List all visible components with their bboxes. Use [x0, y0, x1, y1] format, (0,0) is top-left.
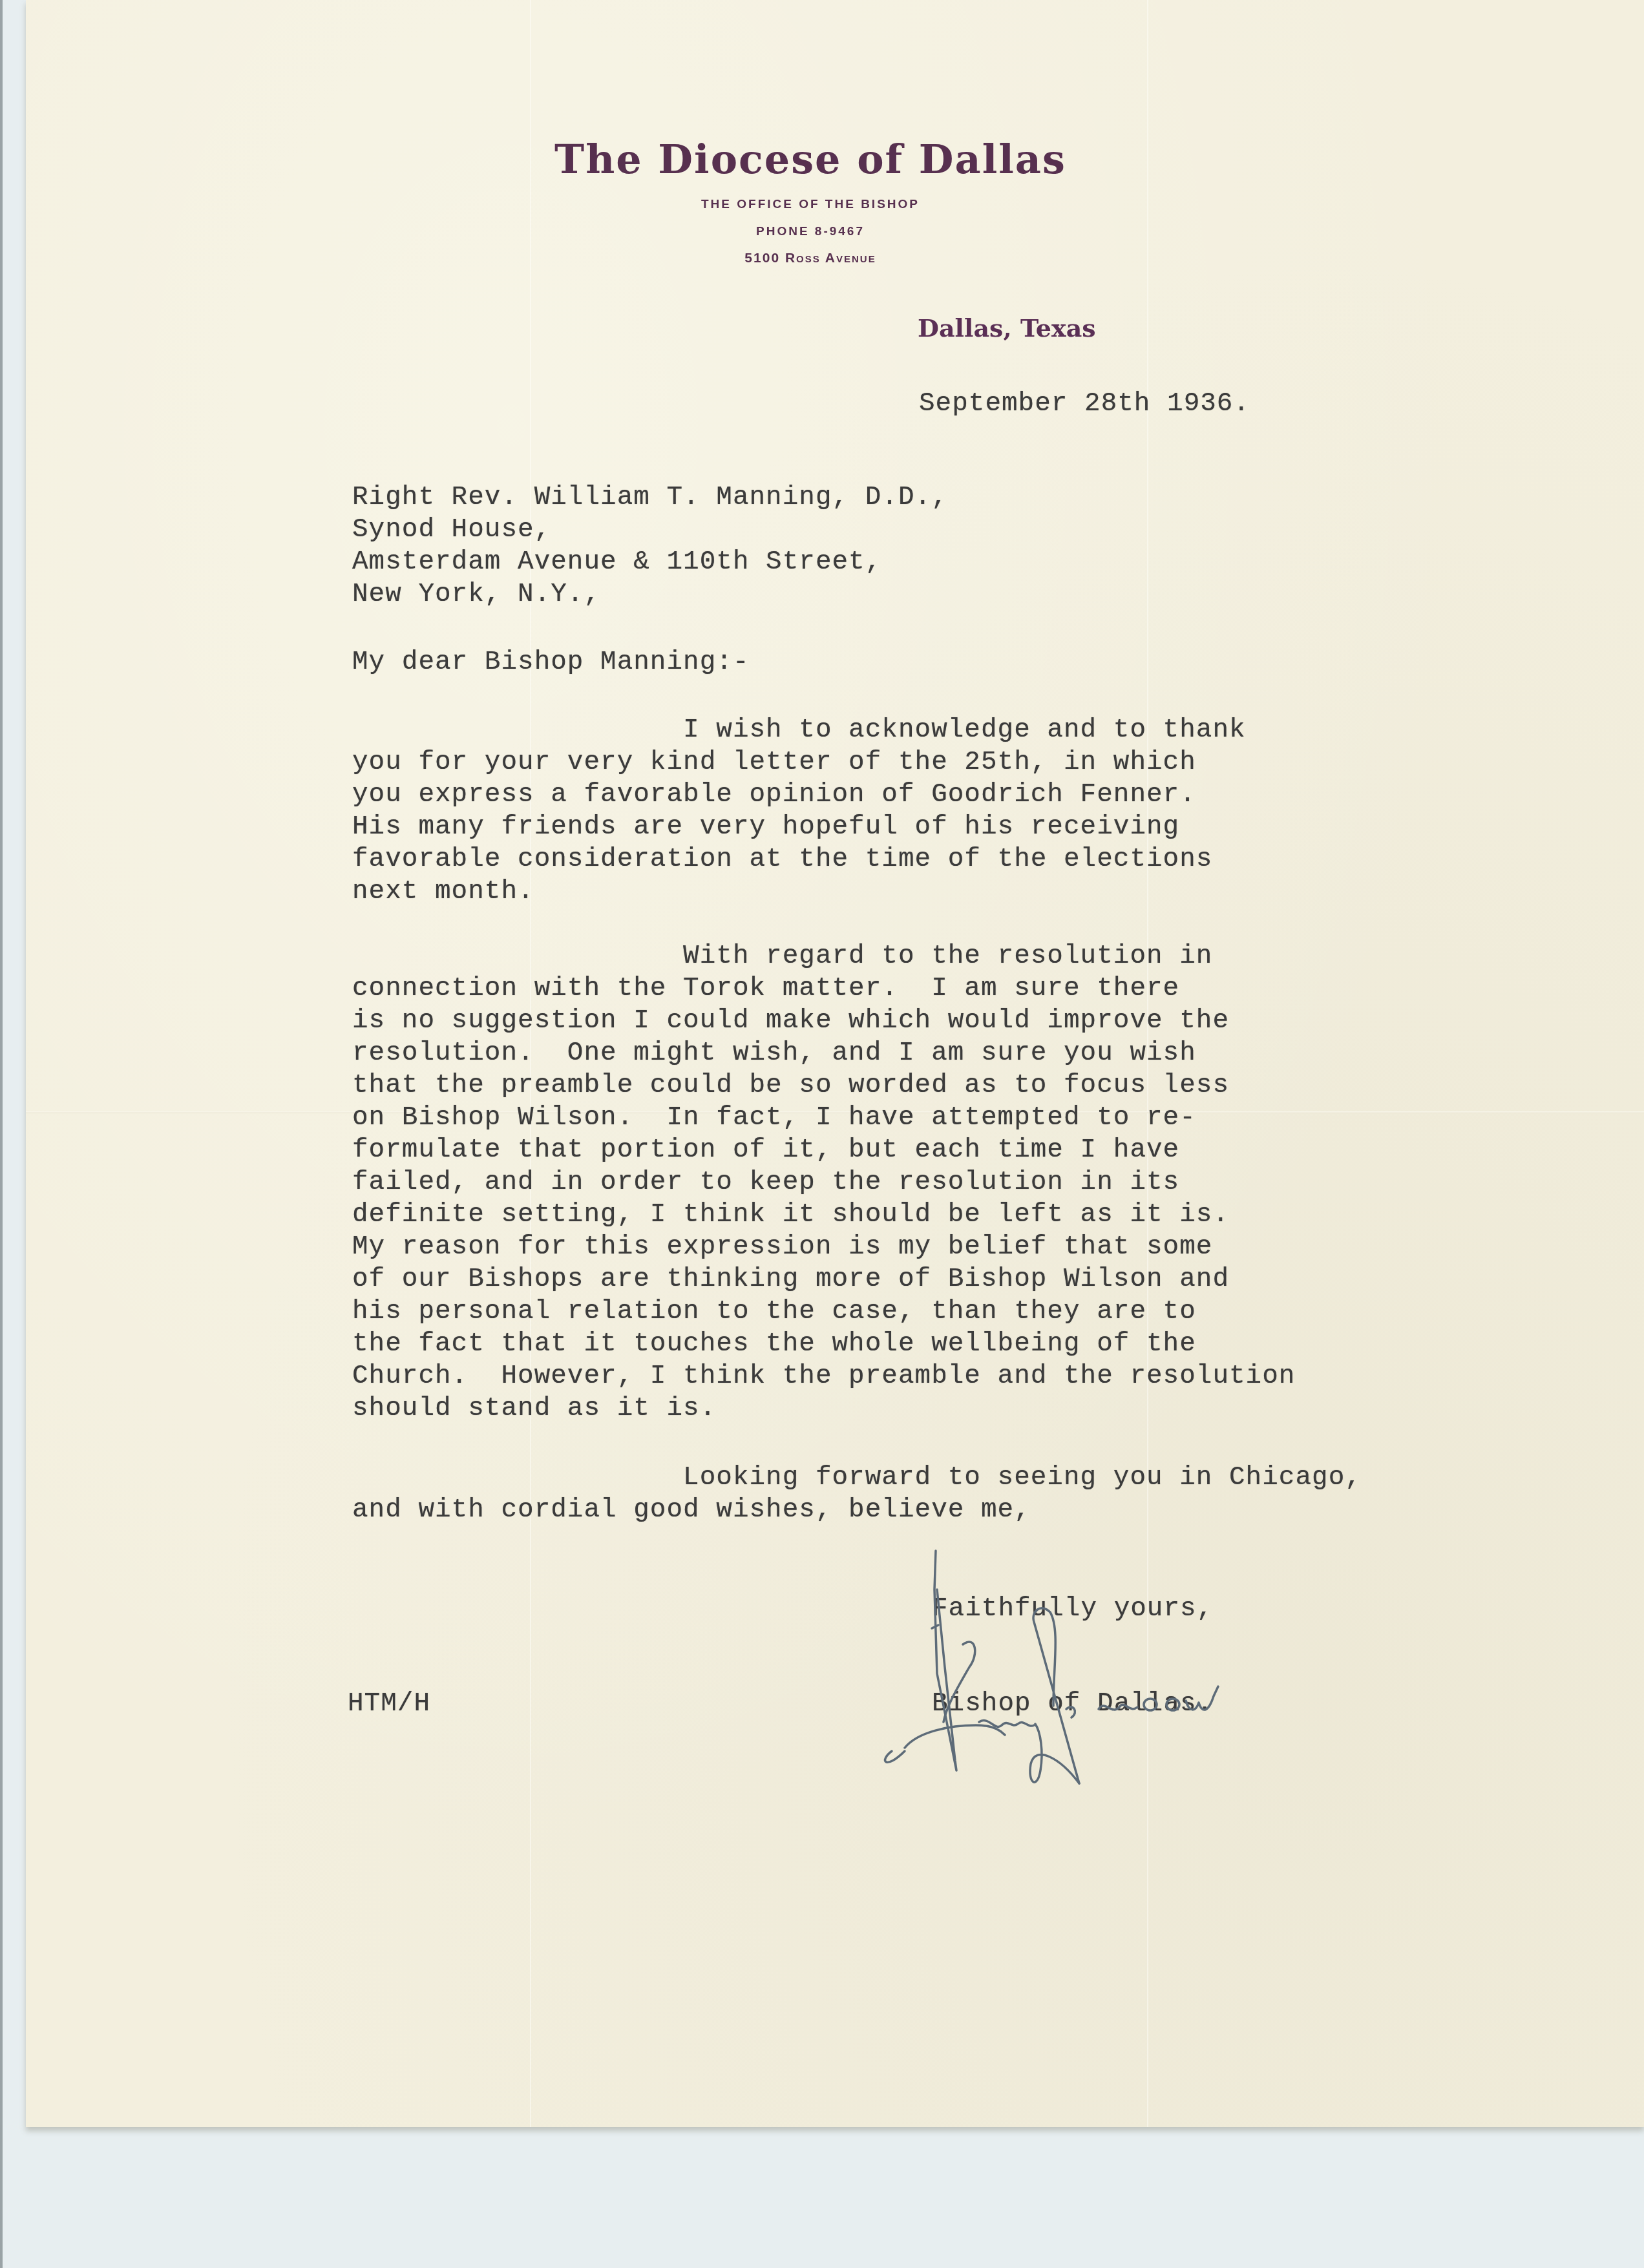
address-line: New York, N.Y.,	[352, 580, 600, 609]
letterhead-office: THE OFFICE OF THE BISHOP	[1, 198, 1619, 212]
text-line: you express a favorable opinion of Goodr…	[352, 780, 1196, 810]
text-line: is no suggestion I could make which woul…	[352, 1006, 1229, 1036]
reference-initials: HTM/H	[348, 1688, 430, 1720]
paragraph-resolution: With regard to the resolution in connect…	[352, 940, 1295, 1425]
text-line: you for your very kind letter of the 25t…	[352, 748, 1196, 777]
text-line: I wish to acknowledge and to thank	[352, 715, 1246, 745]
text-line: formulate that portion of it, but each t…	[352, 1135, 1179, 1165]
recipient-address: Right Rev. William T. Manning, D.D., Syn…	[352, 481, 948, 611]
letterhead-title: The Diocese of Dallas	[1, 136, 1619, 183]
text-line: connection with the Torok matter. I am s…	[352, 974, 1179, 1003]
paragraph-acknowledgement: I wish to acknowledge and to thank you f…	[352, 714, 1246, 908]
paragraph-closing: Looking forward to seeing you in Chicago…	[352, 1462, 1362, 1526]
text-line: definite setting, I think it should be l…	[352, 1200, 1229, 1230]
text-line: favorable consideration at the time of t…	[352, 845, 1212, 874]
text-line: his personal relation to the case, than …	[352, 1297, 1196, 1327]
handwritten-signature-icon	[866, 1538, 1435, 1796]
text-line: failed, and in order to keep the resolut…	[352, 1168, 1179, 1197]
scanner-edge	[0, 0, 3, 2268]
letterhead-address: 5100 Ross Avenue	[1, 251, 1619, 266]
text-line: should stand as it is.	[352, 1394, 716, 1423]
letterhead-phone: PHONE 8-9467	[1, 225, 1619, 239]
text-line: that the preamble could be so worded as …	[352, 1071, 1229, 1100]
salutation: My dear Bishop Manning:-	[352, 646, 750, 678]
text-line: on Bishop Wilson. In fact, I have attemp…	[352, 1103, 1196, 1133]
address-line: Right Rev. William T. Manning, D.D.,	[352, 483, 948, 512]
text-line: Looking forward to seeing you in Chicago…	[352, 1463, 1362, 1493]
letter-date: September 28th 1936.	[919, 388, 1250, 420]
address-line: Synod House,	[352, 515, 551, 545]
text-line: My reason for this expression is my beli…	[352, 1232, 1212, 1262]
text-line: With regard to the resolution in	[352, 941, 1212, 971]
letter-page: The Diocese of Dallas THE OFFICE OF THE …	[26, 0, 1644, 2127]
text-line: resolution. One might wish, and I am sur…	[352, 1038, 1196, 1068]
letterhead-city: Dallas, Texas	[918, 313, 1096, 342]
text-line: next month.	[352, 877, 534, 907]
text-line: the fact that it touches the whole wellb…	[352, 1329, 1196, 1359]
address-line: Amsterdam Avenue & 110th Street,	[352, 547, 881, 577]
text-line: of our Bishops are thinking more of Bish…	[352, 1265, 1229, 1294]
text-line: Church. However, I think the preamble an…	[352, 1361, 1295, 1391]
text-line: His many friends are very hopeful of his…	[352, 812, 1179, 842]
text-line: and with cordial good wishes, believe me…	[352, 1495, 1031, 1525]
